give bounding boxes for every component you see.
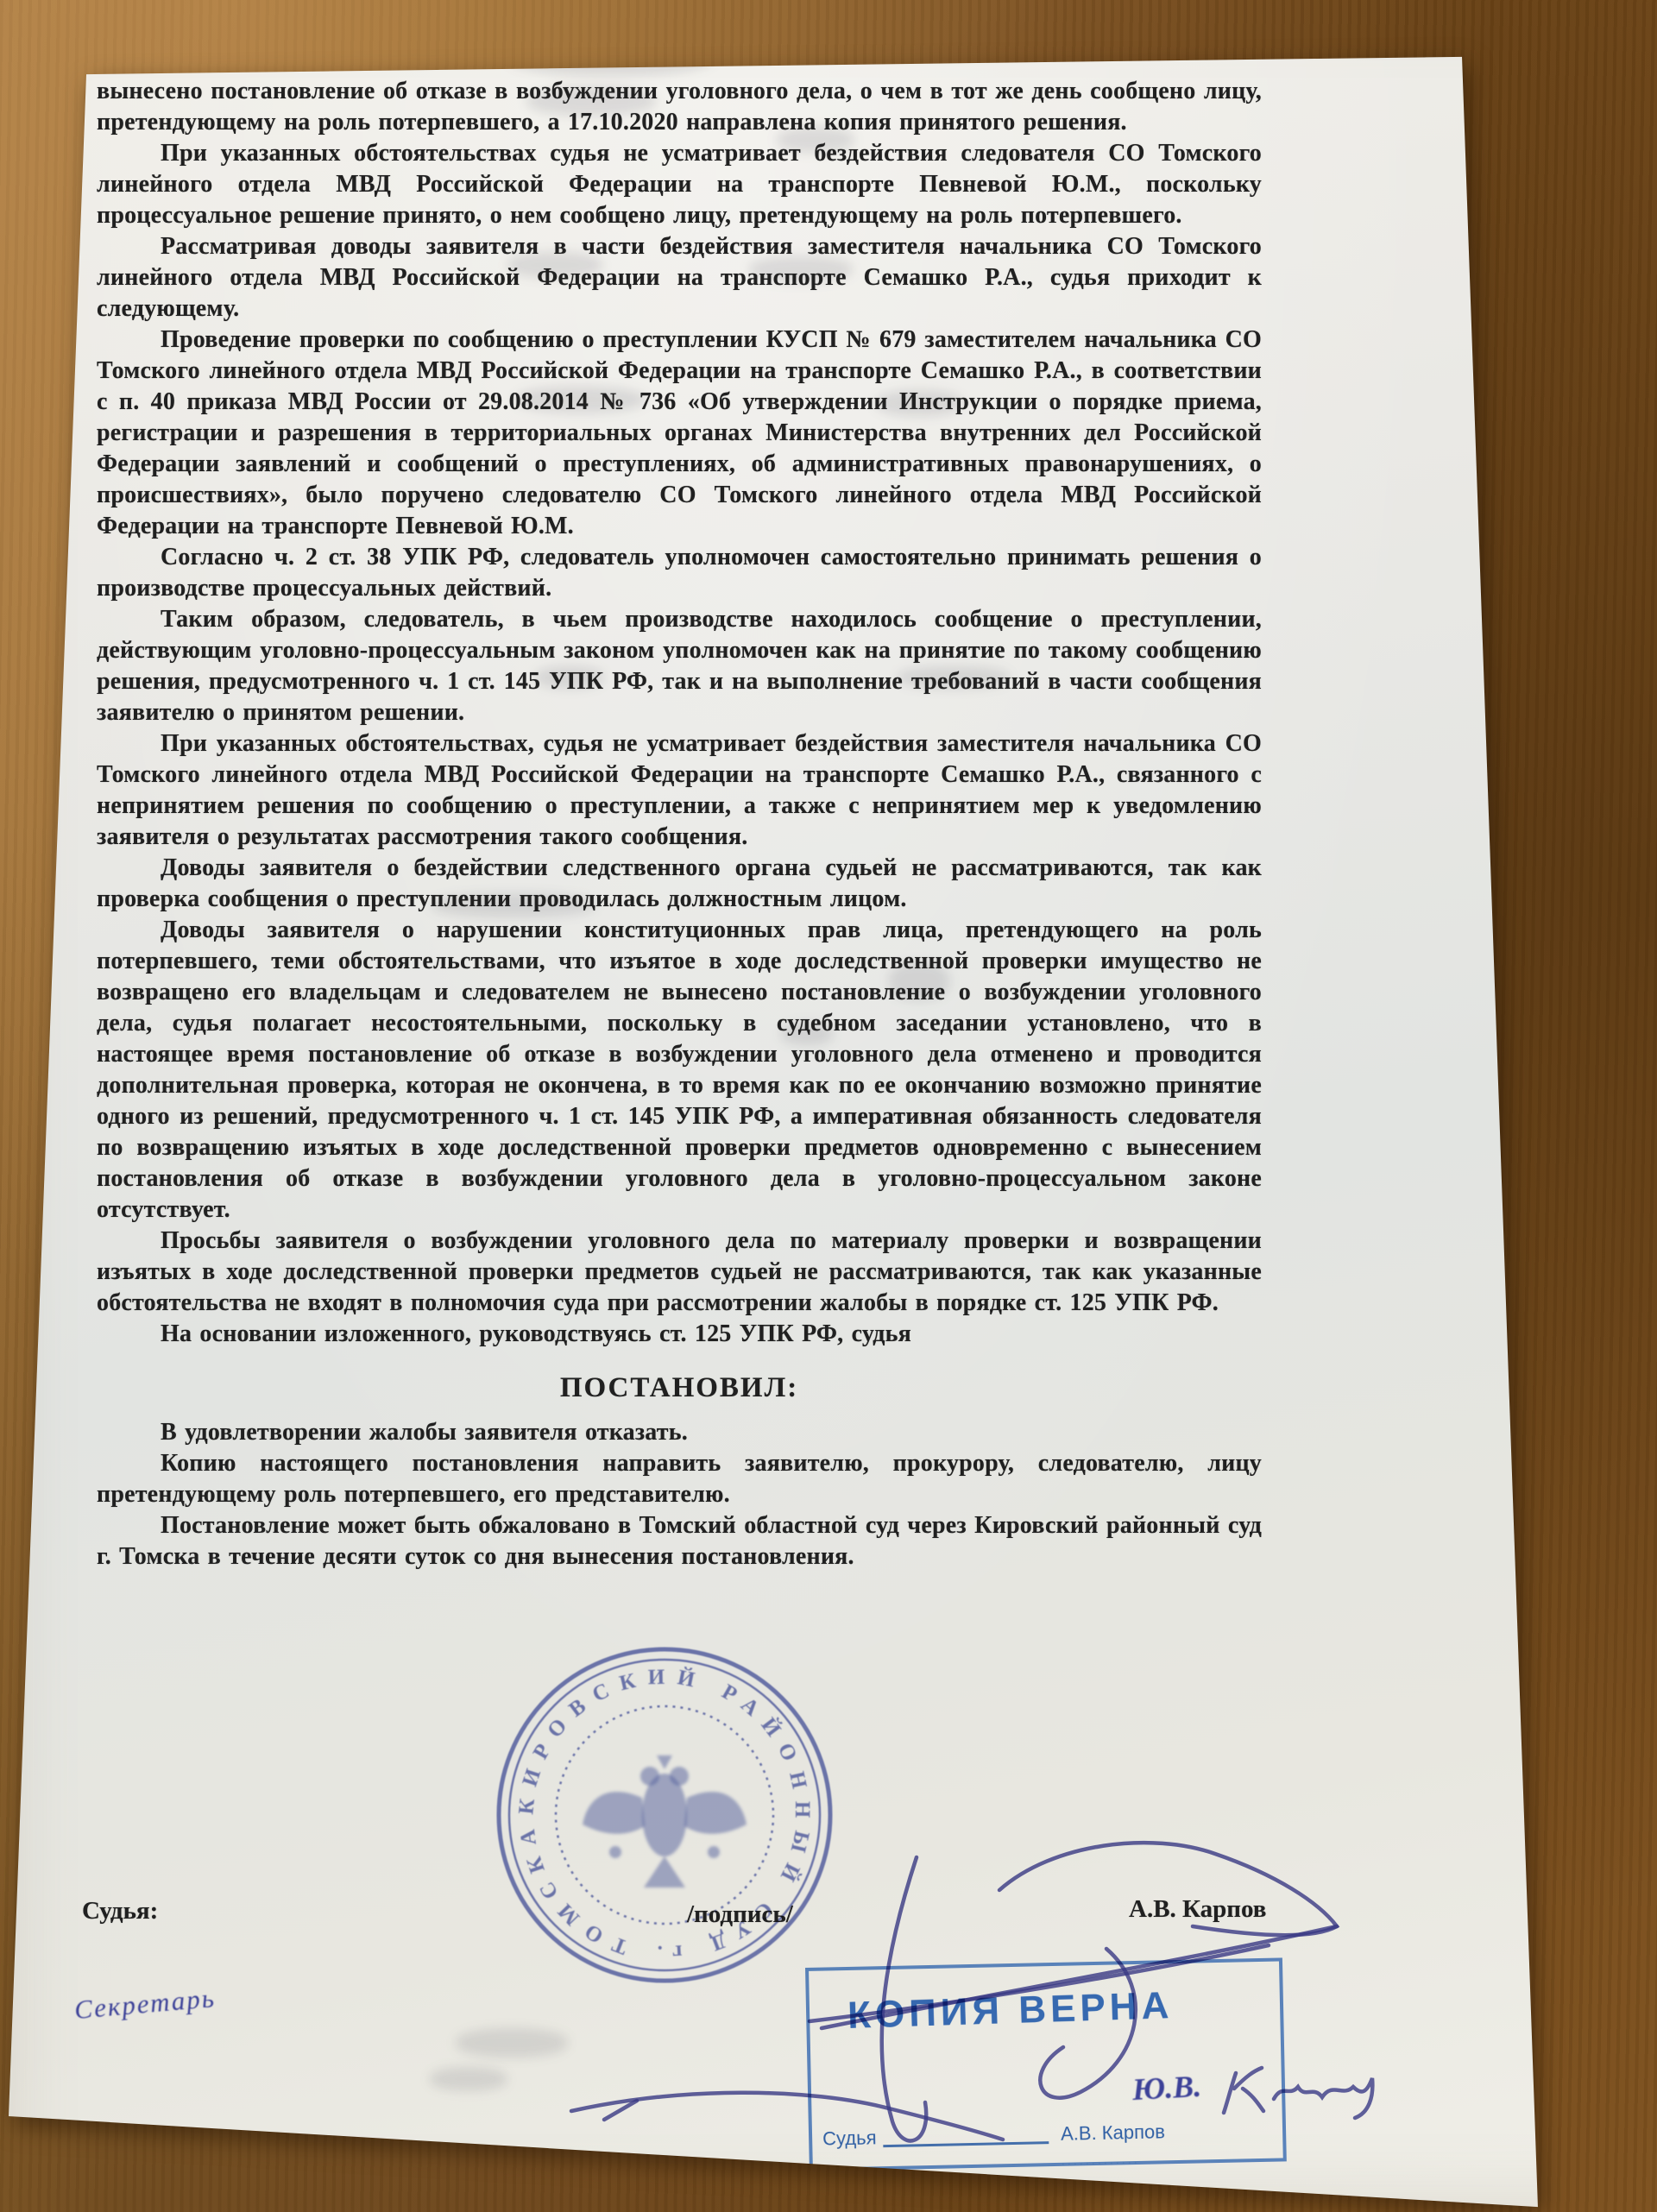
secretary-handwritten-note: Секретарь <box>73 1982 217 2026</box>
document-body: вынесено постановление об отказе в возбу… <box>97 76 1262 1350</box>
copy-stamp-title: КОПИЯ ВЕРНА <box>847 1984 1174 2038</box>
body-paragraph: При указанных обстоятельствах судья не у… <box>97 138 1262 231</box>
body-paragraph: На основании изложенного, руководствуясь… <box>97 1319 1262 1350</box>
body-paragraph: Доводы заявителя о нарушении конституцио… <box>97 915 1262 1226</box>
copy-attestation-stamp: КОПИЯ ВЕРНА Судья А.В. Карпов ··········… <box>805 1957 1287 2171</box>
round-court-seal: КИРОВСКИЙ РАЙОННЫЙ СУД г. ТОМСКА <box>488 1638 841 1992</box>
paper-shadow-wrap: вынесено постановление об отказе в возбу… <box>0 0 1657 2212</box>
document-page: вынесено постановление об отказе в возбу… <box>0 0 1657 2212</box>
body-paragraph: При указанных обстоятельствах, судья не … <box>97 728 1262 853</box>
copy-stamp-signature-line <box>883 2141 1049 2147</box>
judge-name: А.В. Карпов <box>1129 1895 1266 1924</box>
copy-stamp-signature-row: Судья А.В. Карпов ············· <box>821 2110 1270 2154</box>
bottom-flourish-tick <box>604 2101 637 2120</box>
copy-stamp-judge-name: А.В. Карпов <box>1061 2121 1165 2146</box>
body-paragraph: Согласно ч. 2 ст. 38 УПК РФ, следователь… <box>97 542 1262 604</box>
resolution-paragraph: В удовлетворении жалобы заявителя отказа… <box>97 1417 1262 1448</box>
body-paragraph: вынесено постановление об отказе в возбу… <box>97 76 1262 138</box>
body-paragraph: Рассматривая доводы заявителя в части бе… <box>97 231 1262 325</box>
body-paragraph: Просьбы заявителя о возбуждении уголовно… <box>97 1226 1262 1319</box>
body-paragraph: Доводы заявителя о бездействии следствен… <box>97 853 1262 915</box>
judge-label: Судья: <box>82 1897 158 1925</box>
resolution-heading: ПОСТАНОВИЛ: <box>97 1372 1262 1403</box>
document-text: вынесено постановление об отказе в возбу… <box>97 76 1262 1572</box>
resolution-paragraph: Копию настоящего постановления направить… <box>97 1448 1262 1510</box>
body-paragraph: Проведение проверки по сообщению о прест… <box>97 325 1262 542</box>
copy-stamp-judge-label: Судья <box>822 2127 877 2150</box>
resolution-paragraph: Постановление может быть обжаловано в То… <box>97 1510 1262 1572</box>
photographed-court-document: вынесено постановление об отказе в возбу… <box>0 0 1657 2212</box>
copy-stamp-fine-print: ············· <box>1062 2156 1140 2170</box>
resolution-body: В удовлетворении жалобы заявителя отказа… <box>97 1417 1262 1572</box>
body-paragraph: Таким образом, следователь, в чьем произ… <box>97 604 1262 728</box>
attest-signature-initials: Ю.В. <box>1131 2068 1202 2108</box>
double-eagle-emblem <box>583 1755 747 1887</box>
